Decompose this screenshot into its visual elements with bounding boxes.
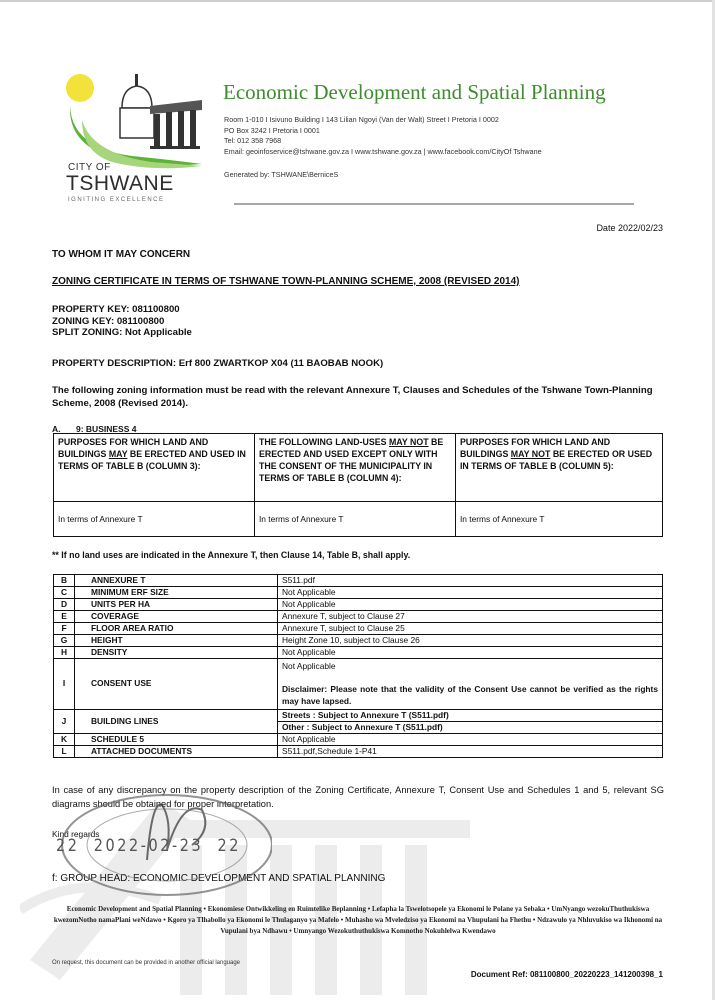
column-5-value: In terms of Annexure T (455, 502, 662, 537)
table-row: ECOVERAGEAnnexure T, subject to Clause 2… (54, 611, 663, 623)
column-3-header: PURPOSES FOR WHICH LAND AND BUILDINGS MA… (54, 434, 255, 502)
row-label: FLOOR AREA RATIO (75, 623, 278, 635)
row-value: Annexure T, subject to Clause 25 (278, 623, 663, 635)
table-header-row: PURPOSES FOR WHICH LAND AND BUILDINGS MA… (54, 434, 663, 502)
page-top-border (0, 0, 715, 2)
zoning-key: ZONING KEY: 081100800 (52, 316, 192, 328)
column-5-header: PURPOSES FOR WHICH LAND AND BUILDINGS MA… (455, 434, 662, 502)
building-lines-other: Other : Subject to Annexure T (S511.pdf) (278, 721, 663, 733)
phone-line: Tel: 012 358 7968 (224, 136, 542, 147)
org-title: Economic Development and Spatial Plannin… (223, 80, 606, 105)
building-lines-streets: Streets : Subject to Annexure T (S511.pd… (278, 709, 663, 721)
property-description: PROPERTY DESCRIPTION: Erf 800 ZWARTKOP X… (52, 358, 383, 369)
consent-use-value: Not Applicable Disclaimer: Please note t… (278, 659, 663, 710)
language-request-note: On request, this document can be provide… (52, 960, 240, 966)
table-row: HDENSITYNot Applicable (54, 647, 663, 659)
table-row: CMINIMUM ERF SIZENot Applicable (54, 587, 663, 599)
row-value: Not Applicable (278, 733, 663, 745)
row-letter: F (54, 623, 75, 635)
address-line: PO Box 3242 I Pretoria I 0001 (224, 126, 542, 137)
column-4-value: In terms of Annexure T (254, 502, 455, 537)
row-label: CONSENT USE (75, 659, 278, 710)
row-value: Not Applicable (278, 647, 663, 659)
split-zoning: SPLIT ZONING: Not Applicable (52, 327, 192, 339)
row-label: ANNEXURE T (75, 575, 278, 587)
row-label: HEIGHT (75, 635, 278, 647)
certificate-title: ZONING CERTIFICATE IN TERMS OF TSHWANE T… (52, 276, 519, 287)
logo-tagline: IGNITING EXCELLENCE (68, 197, 165, 203)
column-4-header: THE FOLLOWING LAND-USES MAY NOT BE ERECT… (254, 434, 455, 502)
row-letter: G (54, 635, 75, 647)
row-letter: J (54, 709, 75, 733)
multilingual-department-names: Economic Development and Spatial Plannin… (52, 904, 664, 937)
table-row: BANNEXURE TS511.pdf (54, 575, 663, 587)
row-letter: C (54, 587, 75, 599)
row-label: MINIMUM ERF SIZE (75, 587, 278, 599)
footnote: ** If no land uses are indicated in the … (52, 550, 410, 560)
address-block: Room 1-010 I Isivuno Building I 143 Lili… (224, 115, 542, 157)
email-web-line: Email: geoinfoservice@tshwane.gov.za I w… (224, 147, 542, 158)
table-row-building-lines: J BUILDING LINES Streets : Subject to An… (54, 709, 663, 721)
property-keys: PROPERTY KEY: 081100800 ZONING KEY: 0811… (52, 304, 192, 339)
row-letter: K (54, 733, 75, 745)
table-row: GHEIGHTHeight Zone 10, subject to Clause… (54, 635, 663, 647)
table-row: DUNITS PER HANot Applicable (54, 599, 663, 611)
table-row: KSCHEDULE 5Not Applicable (54, 733, 663, 745)
row-value: Annexure T, subject to Clause 27 (278, 611, 663, 623)
row-label: COVERAGE (75, 611, 278, 623)
row-letter: H (54, 647, 75, 659)
row-value: Height Zone 10, subject to Clause 26 (278, 635, 663, 647)
document-reference: Document Ref: 081100800_20220223_1412003… (471, 970, 663, 979)
read-note: The following zoning information must be… (52, 385, 664, 410)
row-label: UNITS PER HA (75, 599, 278, 611)
row-label: BUILDING LINES (75, 709, 278, 733)
consent-use-status: Not Applicable (282, 660, 658, 673)
table-row-consent-use: I CONSENT USE Not Applicable Disclaimer:… (54, 659, 663, 710)
row-label: ATTACHED DOCUMENTS (75, 745, 278, 757)
logo-name: TSHWANE (66, 172, 174, 196)
row-letter: I (54, 659, 75, 710)
generated-by: Generated by: TSHWANE\BerniceS (224, 170, 338, 179)
property-key: PROPERTY KEY: 081100800 (52, 304, 192, 316)
row-letter: L (54, 745, 75, 757)
document-date: Date 2022/02/23 (596, 223, 663, 233)
table-row: In terms of Annexure T In terms of Annex… (54, 502, 663, 537)
consent-disclaimer: Disclaimer: Please note that the validit… (282, 683, 658, 708)
row-value: S511.pdf,Schedule 1-P41 (278, 745, 663, 757)
column-3-value: In terms of Annexure T (54, 502, 255, 537)
salutation: TO WHOM IT MAY CONCERN (52, 249, 190, 260)
row-label: SCHEDULE 5 (75, 733, 278, 745)
row-letter: B (54, 575, 75, 587)
address-line: Room 1-010 I Isivuno Building I 143 Lili… (224, 115, 542, 126)
table-row: FFLOOR AREA RATIOAnnexure T, subject to … (54, 623, 663, 635)
row-letter: E (54, 611, 75, 623)
land-use-purposes-table: PURPOSES FOR WHICH LAND AND BUILDINGS MA… (53, 433, 663, 537)
stamp-date: 22 2022-02-23 22 (56, 836, 241, 856)
zoning-details-table: BANNEXURE TS511.pdfCMINIMUM ERF SIZENot … (53, 574, 663, 758)
row-value: S511.pdf (278, 575, 663, 587)
row-letter: D (54, 599, 75, 611)
row-value: Not Applicable (278, 587, 663, 599)
row-label: DENSITY (75, 647, 278, 659)
table-row: LATTACHED DOCUMENTSS511.pdf,Schedule 1-P… (54, 745, 663, 757)
row-value: Not Applicable (278, 599, 663, 611)
header-divider (234, 203, 634, 205)
